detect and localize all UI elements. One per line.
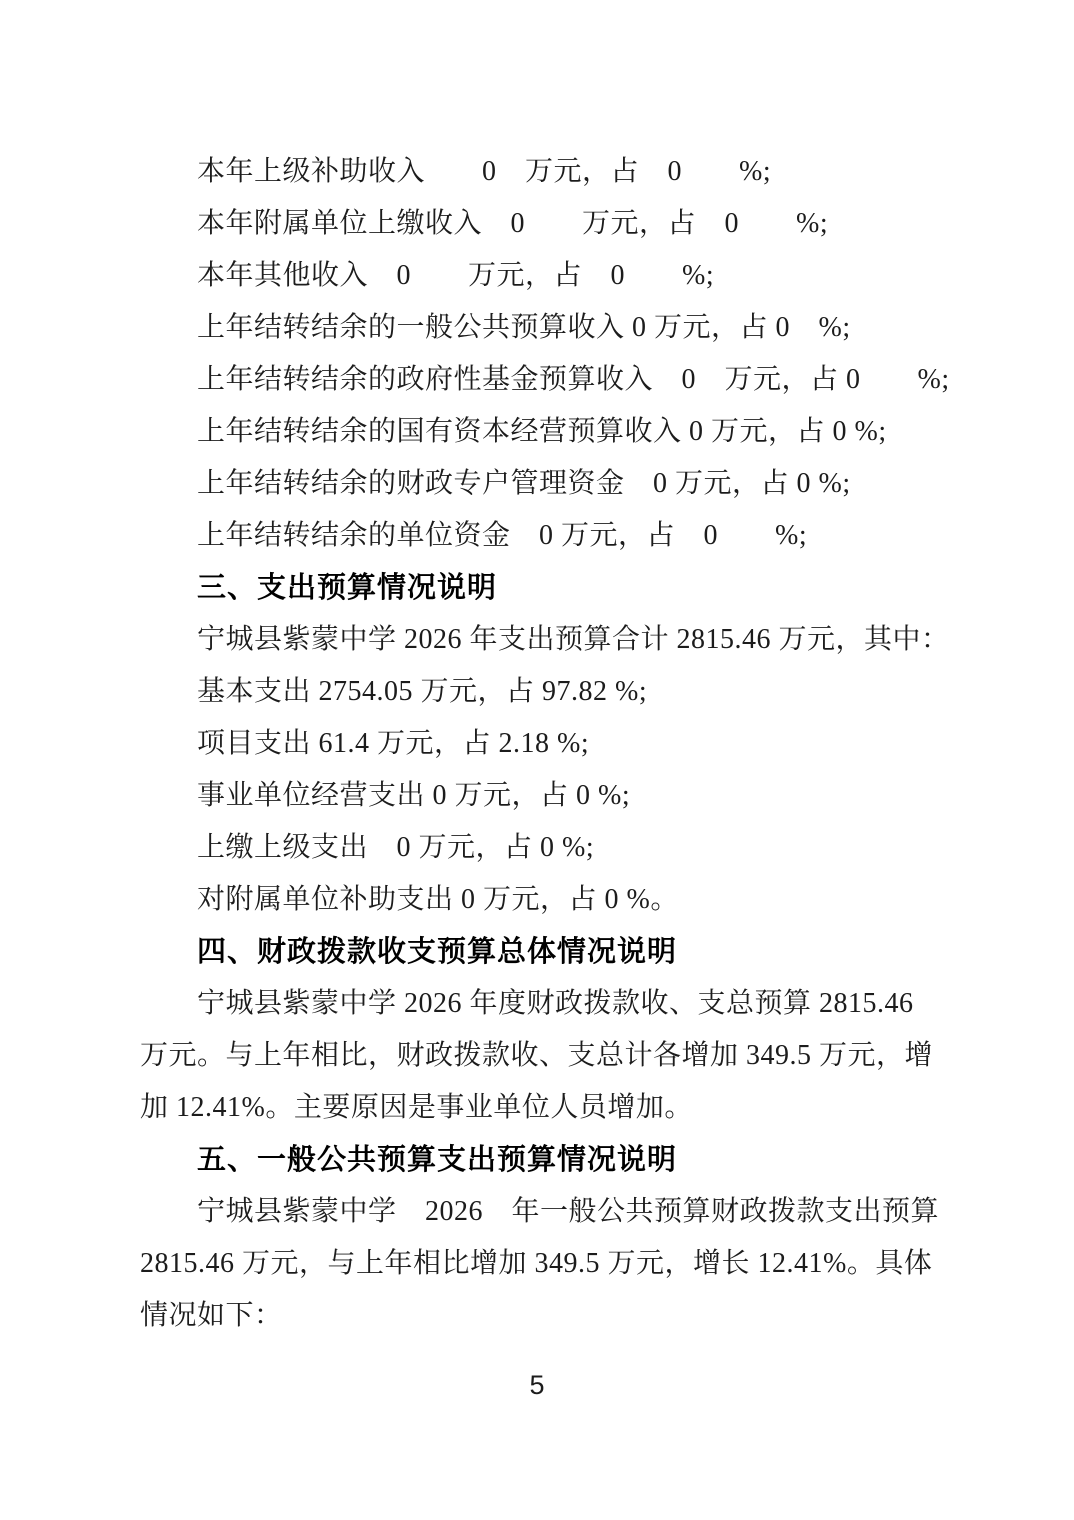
doc-line: 本年附属单位上缴收入 0 万元，占 0 %; xyxy=(140,198,952,250)
doc-line: 宁城县紫蒙中学 2026 年支出预算合计 2815.46 万元，其中： xyxy=(140,614,952,666)
doc-line: 上年结转结余的单位资金 0 万元，占 0 %; xyxy=(140,510,952,562)
doc-line: 情况如下： xyxy=(140,1290,952,1342)
doc-line: 宁城县紫蒙中学 2026 年一般公共预算财政拨款支出预算 xyxy=(140,1186,952,1238)
doc-line: 项目支出 61.4 万元，占 2.18 %; xyxy=(140,718,952,770)
section-heading-5: 五、一般公共预算支出预算情况说明 xyxy=(140,1134,952,1186)
doc-line: 2815.46 万元，与上年相比增加 349.5 万元，增长 12.41%。具体 xyxy=(140,1238,952,1290)
section-heading-3: 三、支出预算情况说明 xyxy=(140,562,952,614)
doc-line: 事业单位经营支出 0 万元，占 0 %; xyxy=(140,770,952,822)
section-heading-4: 四、财政拨款收支预算总体情况说明 xyxy=(140,926,952,978)
doc-line: 万元。与上年相比，财政拨款收、支总计各增加 349.5 万元，增 xyxy=(140,1030,952,1082)
page-number: 5 xyxy=(0,1368,1074,1402)
doc-line: 上年结转结余的一般公共预算收入 0 万元，占 0 %; xyxy=(140,302,952,354)
doc-line: 本年上级补助收入 0 万元，占 0 %; xyxy=(140,146,952,198)
doc-line: 宁城县紫蒙中学 2026 年度财政拨款收、支总预算 2815.46 xyxy=(140,978,952,1030)
doc-line: 上年结转结余的国有资本经营预算收入 0 万元，占 0 %; xyxy=(140,406,952,458)
document-page: 本年上级补助收入 0 万元，占 0 %; 本年附属单位上缴收入 0 万元，占 0… xyxy=(0,0,1074,1520)
doc-line: 上年结转结余的政府性基金预算收入 0 万元，占 0 %; xyxy=(140,354,952,406)
doc-line: 本年其他收入 0 万元，占 0 %; xyxy=(140,250,952,302)
doc-line: 加 12.41%。主要原因是事业单位人员增加。 xyxy=(140,1082,952,1134)
doc-line: 上年结转结余的财政专户管理资金 0 万元，占 0 %; xyxy=(140,458,952,510)
document-body: 本年上级补助收入 0 万元，占 0 %; 本年附属单位上缴收入 0 万元，占 0… xyxy=(140,146,952,1342)
doc-line: 基本支出 2754.05 万元，占 97.82 %; xyxy=(140,666,952,718)
doc-line: 对附属单位补助支出 0 万元，占 0 %。 xyxy=(140,874,952,926)
doc-line: 上缴上级支出 0 万元，占 0 %; xyxy=(140,822,952,874)
